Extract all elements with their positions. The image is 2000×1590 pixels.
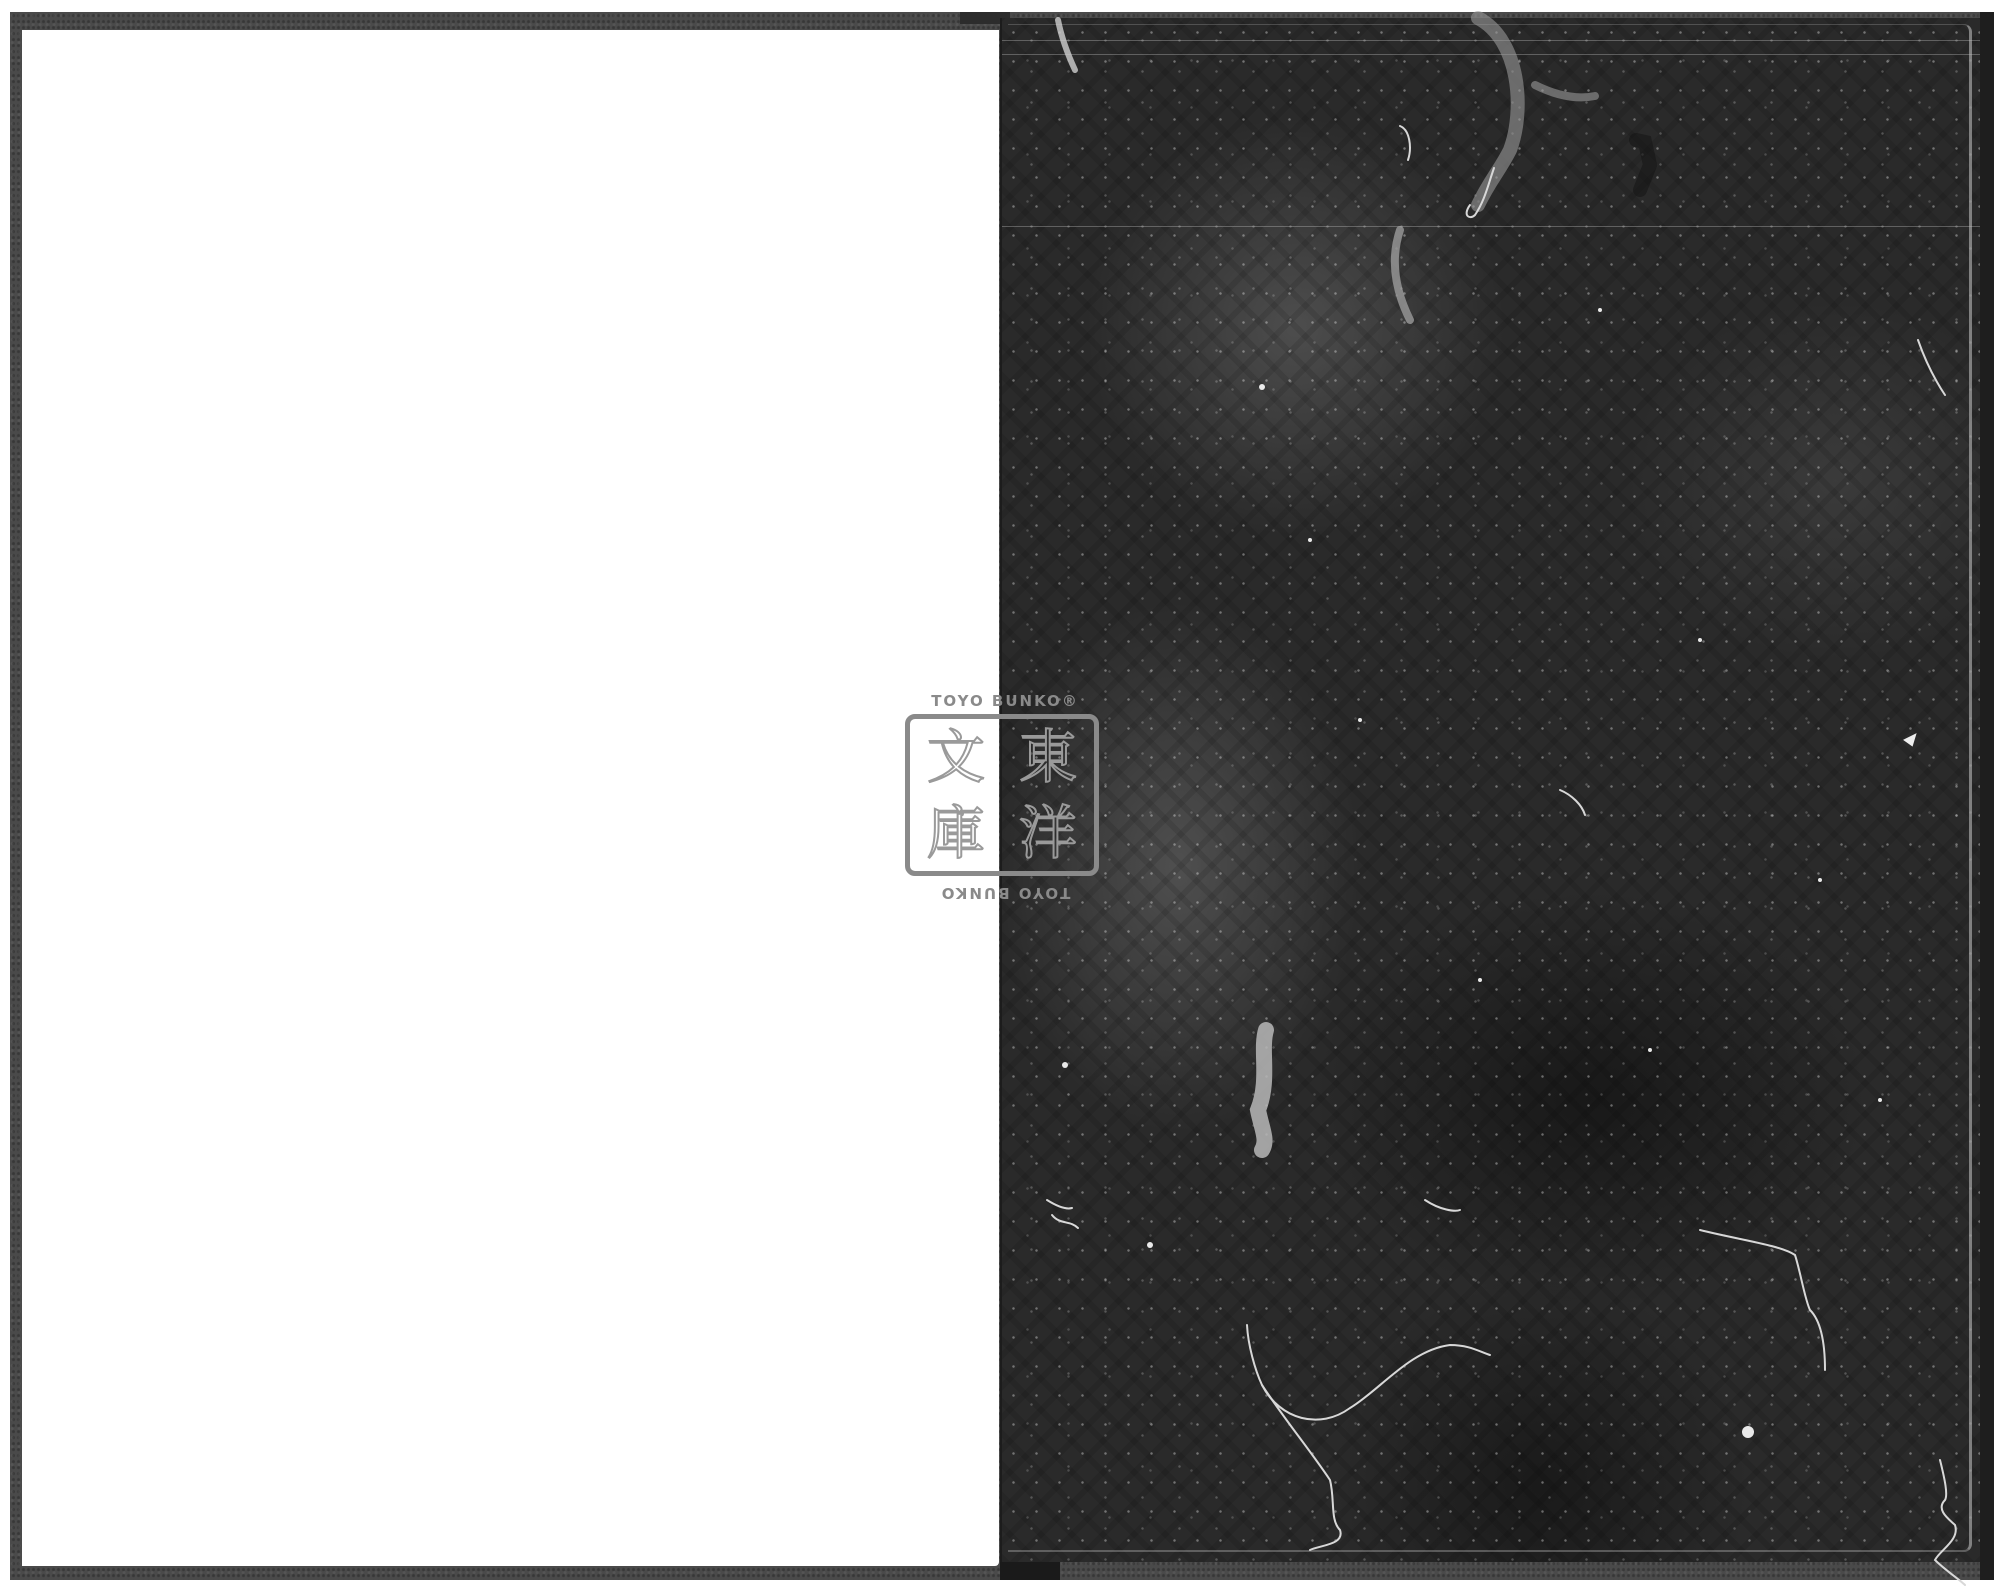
right-edge [1980,12,1994,1580]
library-stamp: TOYO BUNKO® 文 東 庫 洋 TOYO BUNKO [905,692,1105,902]
seal-frame: 文 東 庫 洋 [905,714,1099,876]
seal-char: 文 [910,719,1002,795]
seal-char: 庫 [910,795,1002,871]
cover-edge-border [1008,24,1972,1552]
registered-mark-icon: ® [1062,692,1079,710]
stamp-top-label: TOYO BUNKO [931,692,1062,710]
book-cover [1000,18,1982,1562]
blank-endpaper-page [22,30,999,1566]
seal-char: 東 [1002,719,1094,795]
stamp-bottom-text: TOYO BUNKO [905,884,1105,902]
seal-char: 洋 [1002,795,1094,871]
spine-bottom [1000,1562,1060,1580]
stamp-top-text: TOYO BUNKO® [905,692,1105,710]
